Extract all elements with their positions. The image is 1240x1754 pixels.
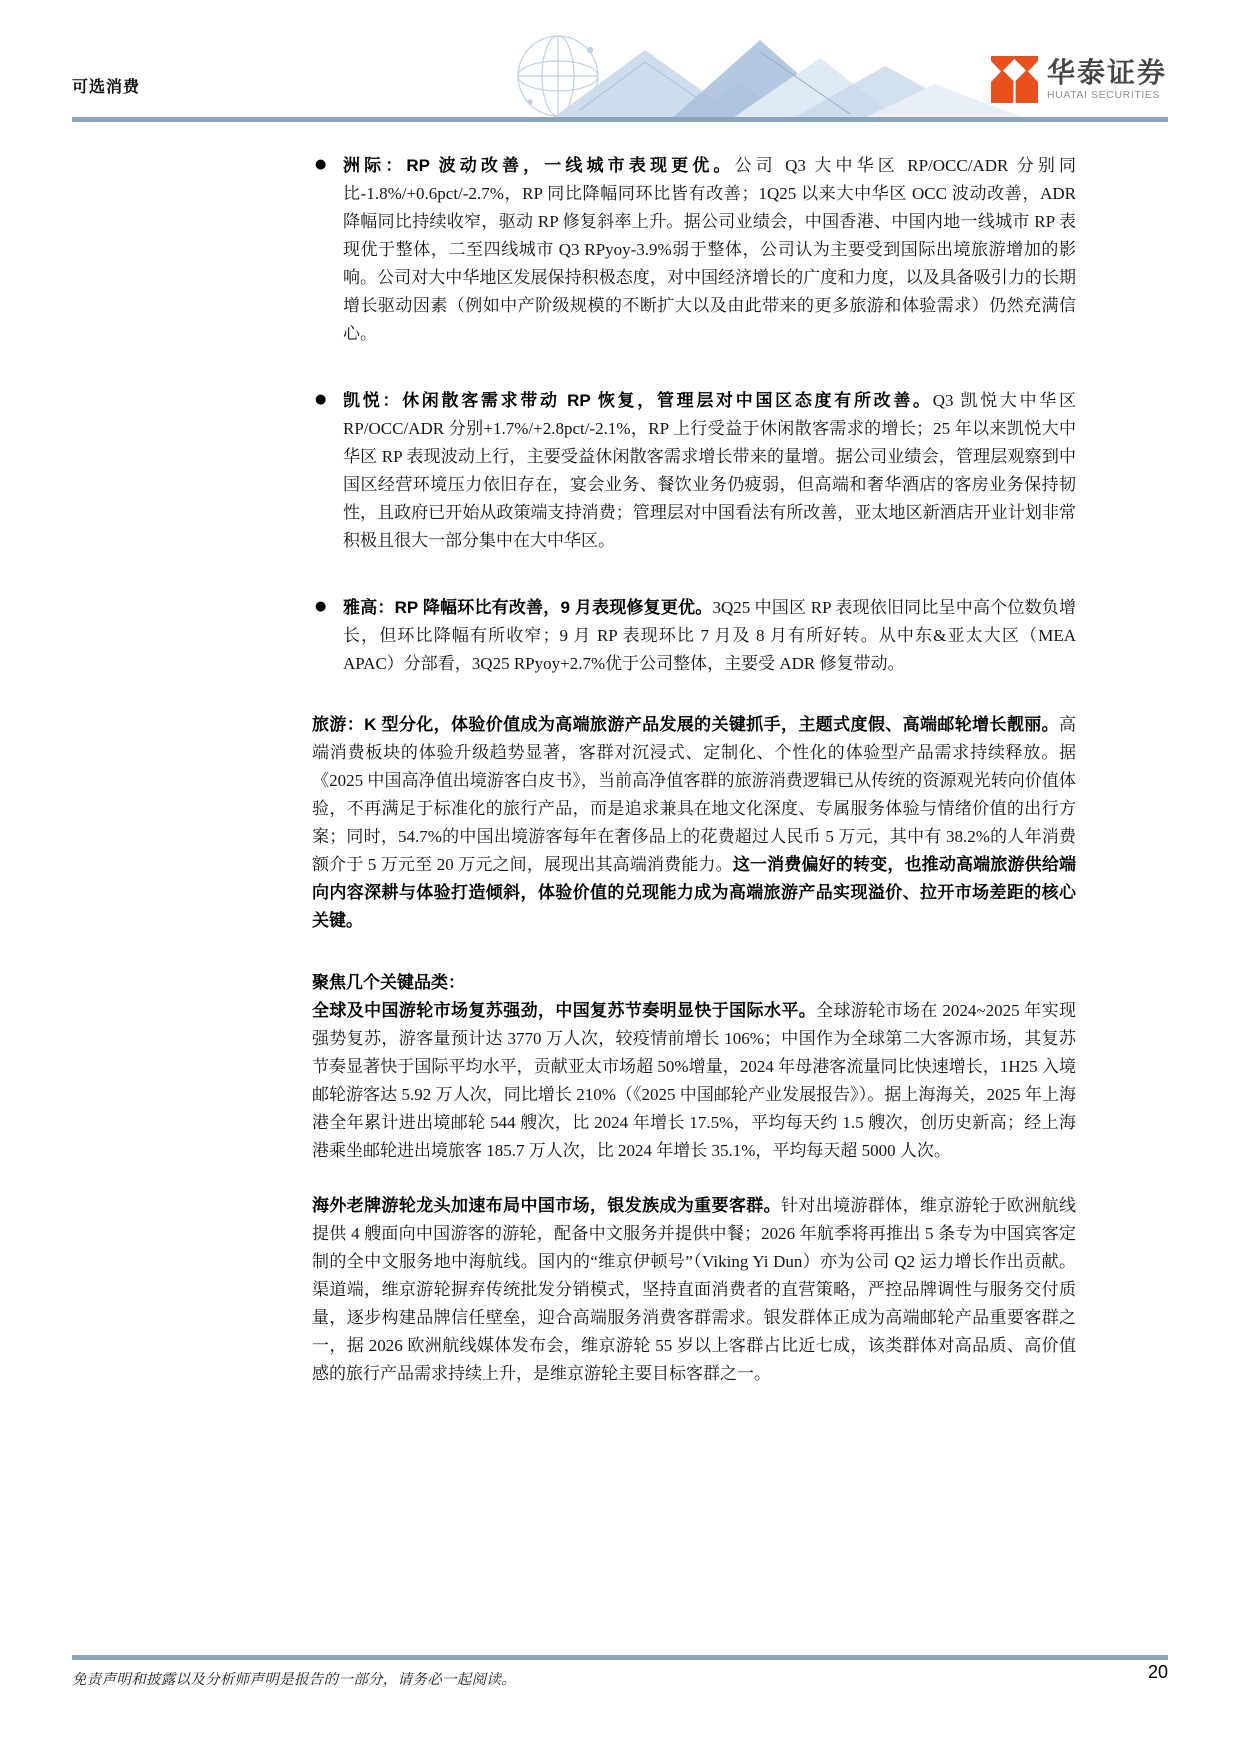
bullet-body: Q3 凯悦大中华区 RP/OCC/ADR 分别+1.7%/+2.8pct/-2.…: [343, 391, 1076, 550]
paragraph-lead: 旅游：K 型分化，体验价值成为高端旅游产品发展的关键抓手，主题式度假、高端邮轮增…: [312, 715, 1059, 734]
report-body: ● 洲际：RP 波动改善，一线城市表现更优。公司 Q3 大中华区 RP/OCC/…: [312, 152, 1076, 1388]
page-number: 20: [1148, 1662, 1168, 1683]
bullet-dot-icon: ●: [315, 593, 326, 621]
bullet-body: 公司 Q3 大中华区 RP/OCC/ADR 分别同比-1.8%/+0.6pct/…: [343, 156, 1076, 343]
paragraph-body: 全球游轮市场在 2024~2025 年实现强势复苏，游客量预计达 3770 万人…: [312, 1001, 1076, 1160]
category-label: 可选消费: [72, 74, 140, 97]
report-page: 可选消费: [0, 0, 1240, 1754]
paragraph-lead: 全球及中国游轮市场复苏强劲，中国复苏节奏明显快于国际水平。: [312, 1001, 816, 1020]
bullet-item-accor: ● 雅高：RP 降幅环比有改善，9 月表现修复更优。3Q25 中国区 RP 表现…: [312, 594, 1076, 678]
header-divider: [72, 117, 1168, 122]
globe-mountains-watermark-graphic: [430, 32, 1050, 120]
bullet-item-intercontinental: ● 洲际：RP 波动改善，一线城市表现更优。公司 Q3 大中华区 RP/OCC/…: [312, 152, 1076, 348]
paragraph-lead: 海外老牌游轮龙头加速布局中国市场，银发族成为重要客群。: [312, 1196, 781, 1215]
bullet-dot-icon: ●: [315, 151, 326, 179]
paragraph-body: 针对出境游群体，维京游轮于欧洲航线提供 4 艘面向中国游客的游轮，配备中文服务并…: [312, 1196, 1076, 1383]
bullet-dot-icon: ●: [315, 386, 326, 414]
paragraph-tourism: 旅游：K 型分化，体验价值成为高端旅游产品发展的关键抓手，主题式度假、高端邮轮增…: [312, 711, 1076, 935]
bullet-lead: 雅高：RP 降幅环比有改善，9 月表现修复更优。: [343, 598, 712, 617]
focus-heading: 聚焦几个关键品类：: [312, 969, 1076, 997]
disclaimer-text: 免责声明和披露以及分析师声明是报告的一部分，请务必一起阅读。: [72, 1668, 516, 1689]
paragraph-body: 高端消费板块的体验升级趋势显著，客群对沉浸式、定制化、个性化的体验型产品需求持续…: [312, 715, 1076, 874]
paragraph-cruise-market: 聚焦几个关键品类： 全球及中国游轮市场复苏强劲，中国复苏节奏明显快于国际水平。全…: [312, 969, 1076, 1165]
footer-divider: [72, 1655, 1168, 1660]
huatai-logo: 华泰证券 HUATAI SECURITIES: [991, 56, 1167, 103]
paragraph-viking: 海外老牌游轮龙头加速布局中国市场，银发族成为重要客群。针对出境游群体，维京游轮于…: [312, 1192, 1076, 1388]
bullet-list: ● 洲际：RP 波动改善，一线城市表现更优。公司 Q3 大中华区 RP/OCC/…: [312, 152, 1076, 678]
brand-name-cn: 华泰证券: [1047, 58, 1167, 88]
bullet-item-hyatt: ● 凯悦：休闲散客需求带动 RP 恢复，管理层对中国区态度有所改善。Q3 凯悦大…: [312, 387, 1076, 555]
huatai-logo-icon: [991, 56, 1038, 103]
bullet-lead: 凯悦：休闲散客需求带动 RP 恢复，管理层对中国区态度有所改善。: [343, 391, 933, 410]
brand-name-en: HUATAI SECURITIES: [1047, 89, 1167, 101]
bullet-lead: 洲际：RP 波动改善，一线城市表现更优。: [343, 156, 735, 175]
